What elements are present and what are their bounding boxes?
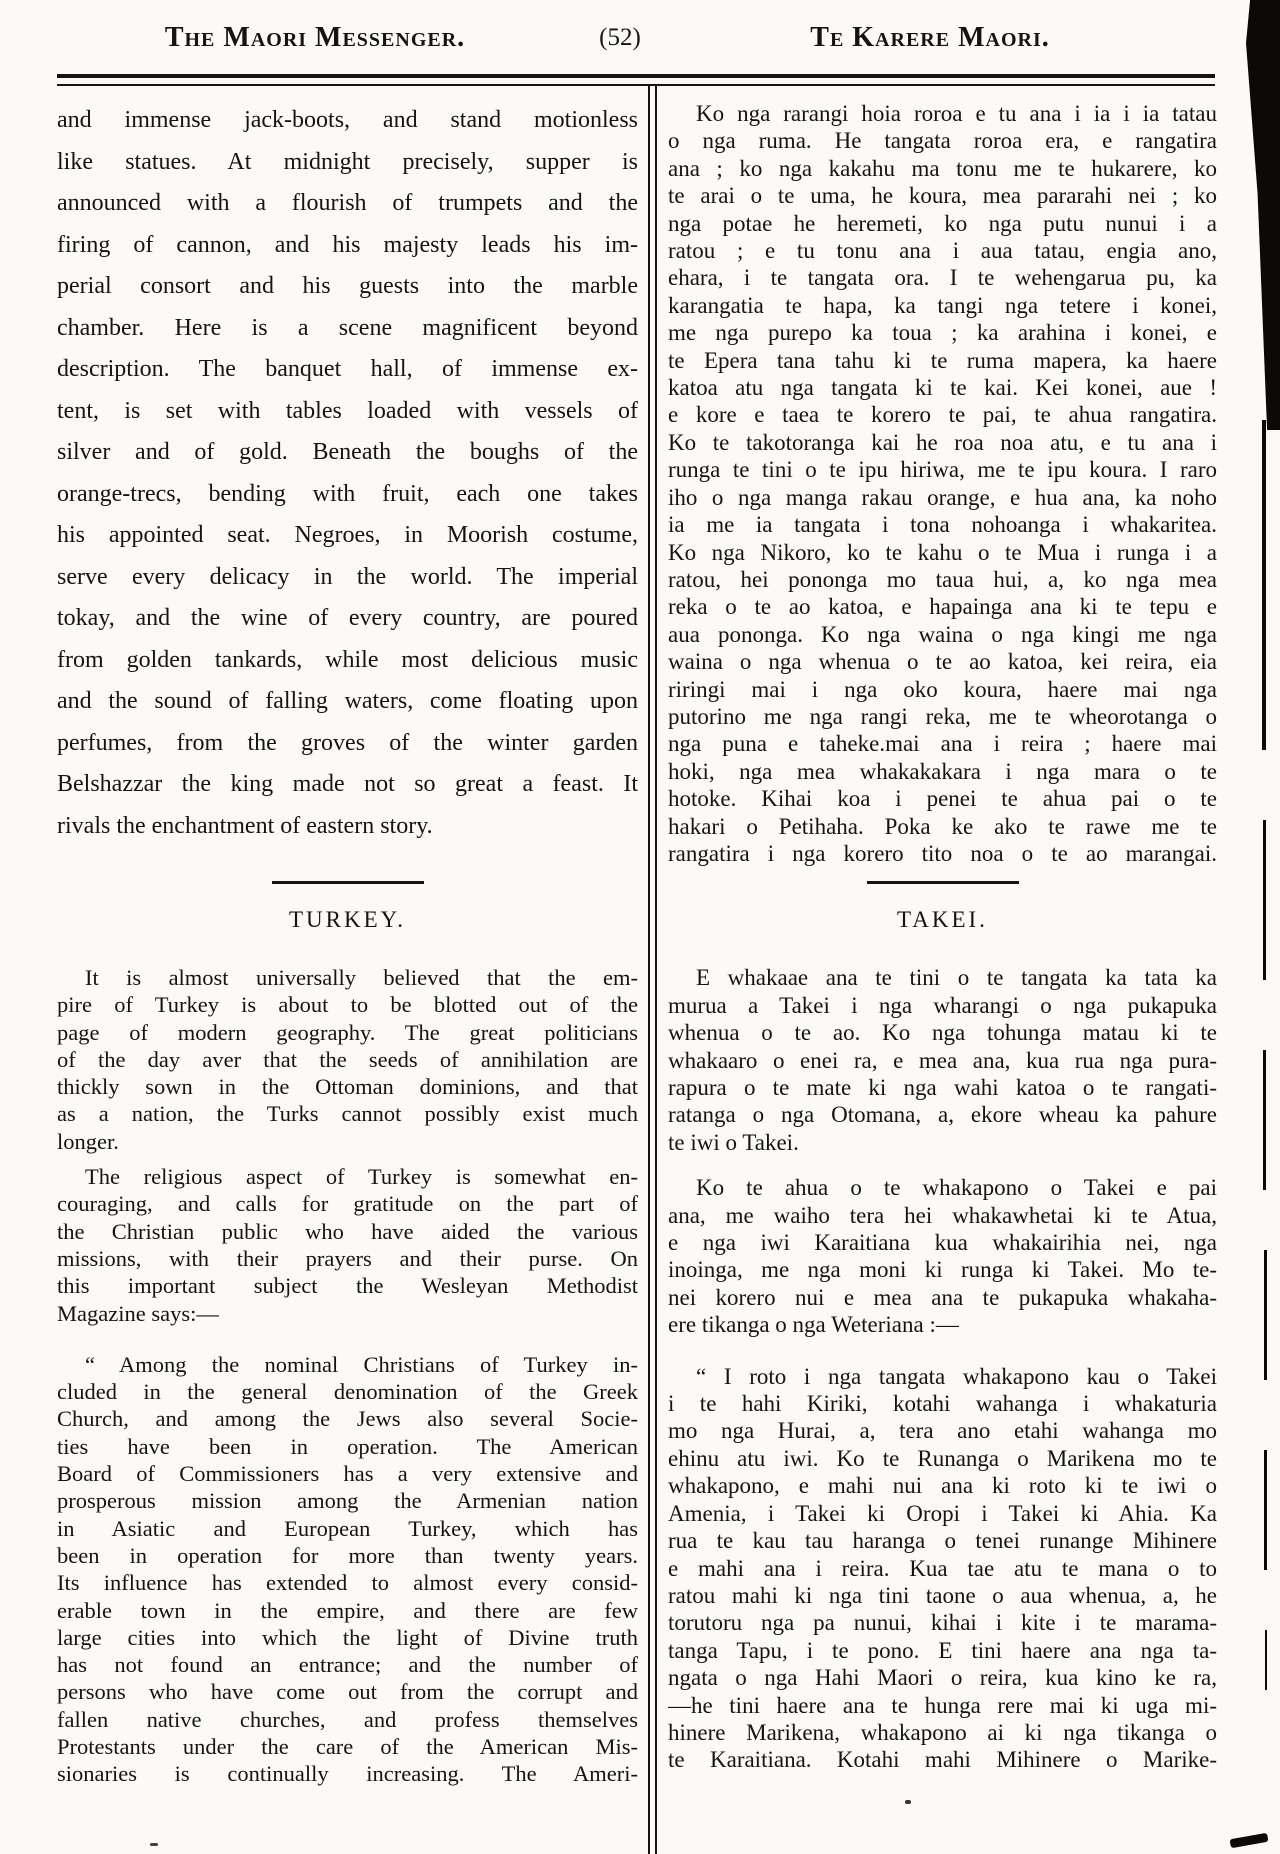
- text-line: E whakaae ana te tini o te tangata ka ta…: [668, 964, 1217, 991]
- text-line: from golden tankards, while most delicio…: [57, 640, 638, 682]
- text-line: mo nga Hurai, a, tera ano etahi wahanga …: [668, 1417, 1217, 1444]
- text-line: aua pononga. Ko nga waina o nga kingi me…: [668, 621, 1217, 648]
- text-line: whakapono, e mahi nui ana ki roto ki te …: [668, 1472, 1217, 1499]
- text-line: been in operation for more than twenty y…: [57, 1542, 638, 1569]
- text-line: ratou mahi ki nga tini taone o aua whenu…: [668, 1582, 1217, 1609]
- text-line: Ko te ahua o te whakapono o Takei e pai: [668, 1174, 1217, 1201]
- text-line: hoki, nga mea whakakakara i nga mara o t…: [668, 758, 1217, 785]
- text-line: Ko te takotoranga kai he roa noa atu, e …: [668, 429, 1217, 456]
- text-line: —he tini haere ana te hunga rere mai ki …: [668, 1692, 1217, 1719]
- scan-edge-artifact: [1265, 1630, 1267, 1690]
- text-line: Ko nga Nikoro, ko te kahu o te Mua i run…: [668, 539, 1217, 566]
- text-line: fallen native churches, and profess them…: [57, 1706, 638, 1733]
- text-line: te arai o te uma, he koura, mea pararahi…: [668, 182, 1217, 209]
- text-line: “ I roto i nga tangata whakapono kau o T…: [668, 1363, 1217, 1390]
- paragraph: “ I roto i nga tangata whakapono kau o T…: [668, 1363, 1217, 1774]
- text-line: Ko nga rarangi hoia roroa e tu ana i ia …: [668, 100, 1217, 127]
- text-line: me nga purepo ka toua ; ka arahina i kon…: [668, 319, 1217, 346]
- scan-speck: [150, 1843, 158, 1846]
- text-line: Belshazzar the king made not so great a …: [57, 764, 638, 806]
- paragraph: Ko nga rarangi hoia roroa e tu ana i ia …: [668, 100, 1217, 867]
- text-line: reka o te ao katoa, e hapainga ana ki te…: [668, 593, 1217, 620]
- text-line: te Epera tana tahu ki te ruma mapera, ka…: [668, 347, 1217, 374]
- text-line: persons who have come out from the corru…: [57, 1678, 638, 1705]
- text-line: o nga ruma. He tangata roroa era, e rang…: [668, 127, 1217, 154]
- text-line: e mahi ana i reira. Kua tae atu te mana …: [668, 1555, 1217, 1582]
- section-heading: TURKEY.: [57, 904, 638, 936]
- text-line: ehinu atu iwi. Ko te Runanga o Marikena …: [668, 1445, 1217, 1472]
- scan-edge-artifact: [1264, 1250, 1267, 1380]
- text-line: in Asiatic and European Turkey, which ha…: [57, 1515, 638, 1542]
- text-line: riringi mai i nga oko koura, haere mai n…: [668, 676, 1217, 703]
- text-line: couraging, and calls for gratitude on th…: [57, 1190, 638, 1217]
- text-line: karangatia te hapa, ka tangi nga tetere …: [668, 292, 1217, 319]
- paragraph: It is almost universally believed that t…: [57, 964, 638, 1155]
- text-line: has not found an entrance; and the numbe…: [57, 1651, 638, 1678]
- text-line: this important subject the Wesleyan Meth…: [57, 1272, 638, 1299]
- text-line: missions, with their prayers and their p…: [57, 1245, 638, 1272]
- text-line: erable town in the empire, and there are…: [57, 1597, 638, 1624]
- text-line: ehara, i te tangata ora. I te wehengarua…: [668, 264, 1217, 291]
- text-line: and the sound of falling waters, come fl…: [57, 681, 638, 723]
- text-line: ratou, hei pononga mo taua hui, a, ko ng…: [668, 566, 1217, 593]
- text-line: katoa atu nga tangata ki te kai. Kei kon…: [668, 374, 1217, 401]
- text-line: of the day aver that the seeds of annihi…: [57, 1046, 638, 1073]
- text-line: perial consort and his guests into the m…: [57, 266, 638, 308]
- text-line: description. The banquet hall, of immens…: [57, 349, 638, 391]
- english-column: and immense jack-boots, and stand motion…: [57, 92, 638, 1788]
- text-line: It is almost universally believed that t…: [57, 964, 638, 991]
- text-line: inoinga, me nga moni ki runga ki Takei. …: [668, 1256, 1217, 1283]
- scan-edge-artifact: [1263, 1050, 1266, 1190]
- text-line: nga puna e taheke.mai ana i reira ; haer…: [668, 730, 1217, 757]
- text-line: iho o nga manga rakau orange, e hua ana,…: [668, 484, 1217, 511]
- scan-speck: [905, 1800, 911, 1804]
- text-line: “ Among the nominal Christians of Turkey…: [57, 1351, 638, 1378]
- text-line: runga te tini o te ipu hiriwa, me te ipu…: [668, 456, 1217, 483]
- text-line: orange-trecs, bending with fruit, each o…: [57, 474, 638, 516]
- scan-corner-artifact: [1230, 1833, 1269, 1848]
- text-line: ratou ; e tu tonu ana i aua tatau, engia…: [668, 237, 1217, 264]
- text-line: whakaaro o enei ra, e mea ana, kua rua n…: [668, 1047, 1217, 1074]
- text-line: as a nation, the Turks cannot possibly e…: [57, 1100, 638, 1127]
- text-line: prosperous mission among the Armenian na…: [57, 1487, 638, 1514]
- column-divider-rule: [648, 84, 657, 1854]
- text-line: te iwi o Takei.: [668, 1129, 1217, 1156]
- text-line: Church, and among the Jews also several …: [57, 1405, 638, 1432]
- text-line: ana, me waiho tera hei whakawhetai ki te…: [668, 1202, 1217, 1229]
- scan-edge-artifact: [1246, 0, 1280, 430]
- maori-column: Ko nga rarangi hoia roroa e tu ana i ia …: [668, 92, 1217, 1774]
- text-line: rapura o te mate ki nga wahi katoa o te …: [668, 1074, 1217, 1101]
- text-line: e kore e taea te korero te pai, te ahua …: [668, 401, 1217, 428]
- text-line: announced with a flourish of trumpets an…: [57, 183, 638, 225]
- text-line: putorino me nga rangi reka, me te wheoro…: [668, 703, 1217, 730]
- text-line: i te hahi Kiriki, kotahi wahanga i whaka…: [668, 1390, 1217, 1417]
- left-title: The Maori Messenger.: [100, 22, 530, 54]
- paragraph: Ko te ahua o te whakapono o Takei e paia…: [668, 1174, 1217, 1338]
- paragraph: “ Among the nominal Christians of Turkey…: [57, 1351, 638, 1788]
- text-line: hakari o Petihaha. Poka ke ako te rawe m…: [668, 813, 1217, 840]
- text-line: pire of Turkey is about to be blotted ou…: [57, 991, 638, 1018]
- text-line: ties have been in operation. The America…: [57, 1433, 638, 1460]
- section-divider: [272, 881, 424, 884]
- scan-edge-artifact: [1264, 1450, 1267, 1570]
- text-line: silver and of gold. Beneath the boughs o…: [57, 432, 638, 474]
- text-line: thickly sown in the Ottoman dominions, a…: [57, 1073, 638, 1100]
- text-line: Amenia, i Takei ki Oropi i Takei ki Ahia…: [668, 1500, 1217, 1527]
- text-line: waina o nga whenua o te ao katoa, kei re…: [668, 648, 1217, 675]
- text-line: ia me ia tangata i tona nohoanga i whaka…: [668, 511, 1217, 538]
- section-divider: [867, 881, 1019, 884]
- text-line: Its influence has extended to almost eve…: [57, 1569, 638, 1596]
- page-number: (52): [555, 24, 685, 52]
- paragraph: and immense jack-boots, and stand motion…: [57, 100, 638, 847]
- text-line: the Christian public who have aided the …: [57, 1218, 638, 1245]
- text-line: sionaries is continually increasing. The…: [57, 1760, 638, 1787]
- text-line: ana ; ko nga kakahu ma tonu me te hukare…: [668, 155, 1217, 182]
- text-line: tokay, and the wine of every country, ar…: [57, 598, 638, 640]
- text-line: rangatira i nga korero tito noa o te ao …: [668, 840, 1217, 867]
- text-line: cluded in the general denomination of th…: [57, 1378, 638, 1405]
- text-line: te Karaitiana. Kotahi mahi Mihinere o Ma…: [668, 1746, 1217, 1773]
- text-line: hinere Marikena, whakapono ai ki nga tik…: [668, 1719, 1217, 1746]
- text-line: rua te kau tau haranga o tenei runange M…: [668, 1527, 1217, 1554]
- right-title: Te Karere Maori.: [775, 22, 1085, 54]
- text-line: tent, is set with tables loaded with ves…: [57, 391, 638, 433]
- text-line: page of modern geography. The great poli…: [57, 1019, 638, 1046]
- text-line: murua a Takei i nga wharangi o nga pukap…: [668, 992, 1217, 1019]
- text-line: rivals the enchantment of eastern story.: [57, 806, 638, 848]
- text-line: ngata o nga Hahi Maori o reira, kua kino…: [668, 1664, 1217, 1691]
- text-line: e nga iwi Karaitiana kua whakairihia nei…: [668, 1229, 1217, 1256]
- text-line: firing of cannon, and his majesty leads …: [57, 225, 638, 267]
- scan-edge-artifact: [1262, 420, 1266, 750]
- text-line: large cities into which the light of Div…: [57, 1624, 638, 1651]
- text-line: serve every delicacy in the world. The i…: [57, 557, 638, 599]
- masthead-rule: [57, 74, 1215, 86]
- text-line: Protestants under the care of the Americ…: [57, 1733, 638, 1760]
- text-line: perfumes, from the groves of the winter …: [57, 723, 638, 765]
- text-line: tanga Tapu, i te pono. E tini haere ana …: [668, 1637, 1217, 1664]
- text-line: ratanga o nga Otomana, a, ekore wheau ka…: [668, 1101, 1217, 1128]
- text-line: longer.: [57, 1128, 638, 1155]
- text-line: whenua o te ao. Ko nga tohunga matau ki …: [668, 1019, 1217, 1046]
- scan-edge-artifact: [1263, 820, 1266, 980]
- text-line: nei korero nui e mea ana te pukapuka wha…: [668, 1284, 1217, 1311]
- text-line: like statues. At midnight precisely, sup…: [57, 142, 638, 184]
- text-line: and immense jack-boots, and stand motion…: [57, 100, 638, 142]
- newspaper-page: The Maori Messenger. (52) Te Karere Maor…: [0, 0, 1280, 1854]
- text-line: hotoke. Kihai koa i penei te ahua pai o …: [668, 785, 1217, 812]
- text-line: ere tikanga o nga Weteriana :—: [668, 1311, 1217, 1338]
- text-line: chamber. Here is a scene magnificent bey…: [57, 308, 638, 350]
- text-line: torutoru nga pa nunui, kihai i kite i te…: [668, 1609, 1217, 1636]
- text-line: nga potae he heremeti, ko nga putu nunui…: [668, 210, 1217, 237]
- paragraph: The religious aspect of Turkey is somewh…: [57, 1163, 638, 1327]
- text-line: his appointed seat. Negroes, in Moorish …: [57, 515, 638, 557]
- text-line: The religious aspect of Turkey is somewh…: [57, 1163, 638, 1190]
- paragraph: E whakaae ana te tini o te tangata ka ta…: [668, 964, 1217, 1156]
- text-line: Magazine says:—: [57, 1300, 638, 1327]
- text-line: Board of Commissioners has a very extens…: [57, 1460, 638, 1487]
- section-heading: TAKEI.: [668, 904, 1217, 936]
